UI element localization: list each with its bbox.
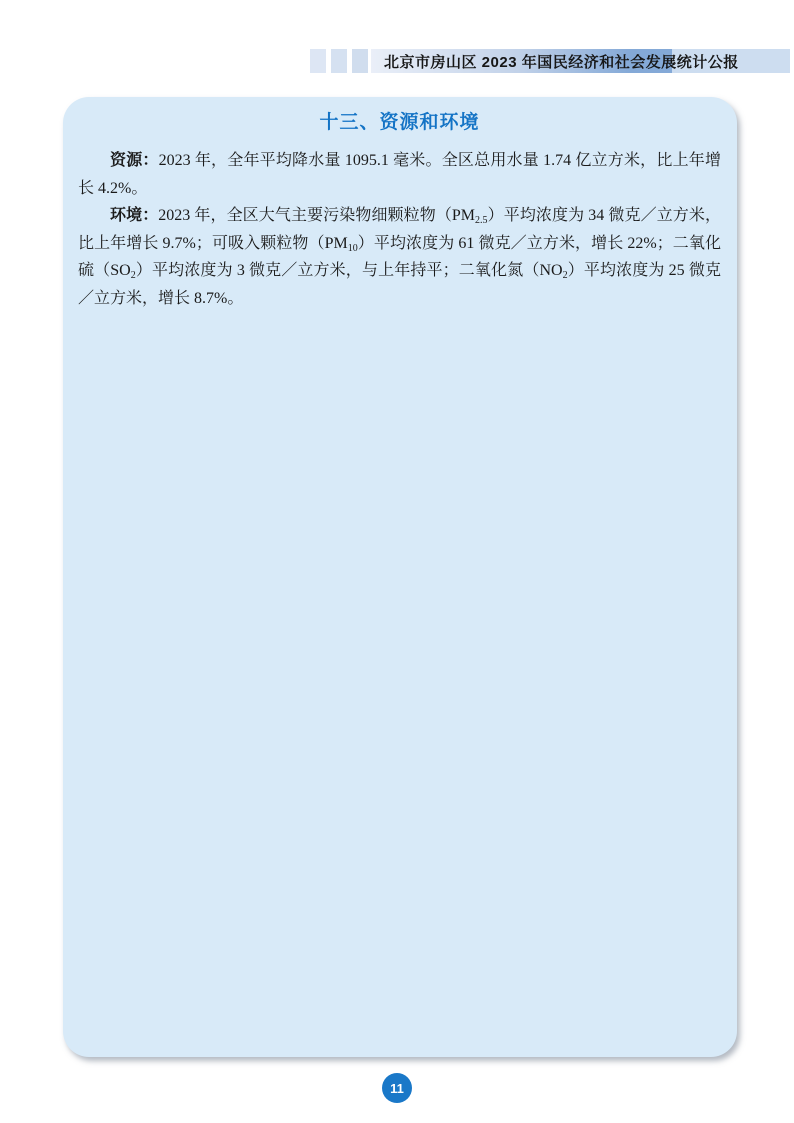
header-bar: 北京市房山区 2023 年国民经济和社会发展统计公报 — [371, 49, 790, 73]
section-title: 十三、资源和环境 — [78, 110, 721, 136]
paragraph-text: 2023 年，全区大气主要污染物细颗粒物（PM2.5）平均浓度为 34 微克／立… — [78, 207, 721, 307]
header-decor-squares — [310, 49, 368, 73]
paragraph-environment: 环境：2023 年，全区大气主要污染物细颗粒物（PM2.5）平均浓度为 34 微… — [78, 202, 721, 312]
header-decor-square — [352, 49, 368, 73]
page-number-badge: 11 — [382, 1073, 412, 1103]
paragraph-label: 资源： — [110, 152, 159, 169]
content-panel: 十三、资源和环境 资源：2023 年，全年平均降水量 1095.1 毫米。全区总… — [63, 97, 737, 1057]
paragraph-resources: 资源：2023 年，全年平均降水量 1095.1 毫米。全区总用水量 1.74 … — [78, 147, 721, 202]
paragraph-text: 2023 年，全年平均降水量 1095.1 毫米。全区总用水量 1.74 亿立方… — [78, 152, 721, 197]
header-decor-square — [331, 49, 347, 73]
header-decor-square — [310, 49, 326, 73]
paragraph-label: 环境： — [110, 207, 158, 224]
document-page: { "page": { "header": { "title": "北京市房山区… — [0, 0, 794, 1123]
header-title: 北京市房山区 2023 年国民经济和社会发展统计公报 — [371, 51, 739, 72]
